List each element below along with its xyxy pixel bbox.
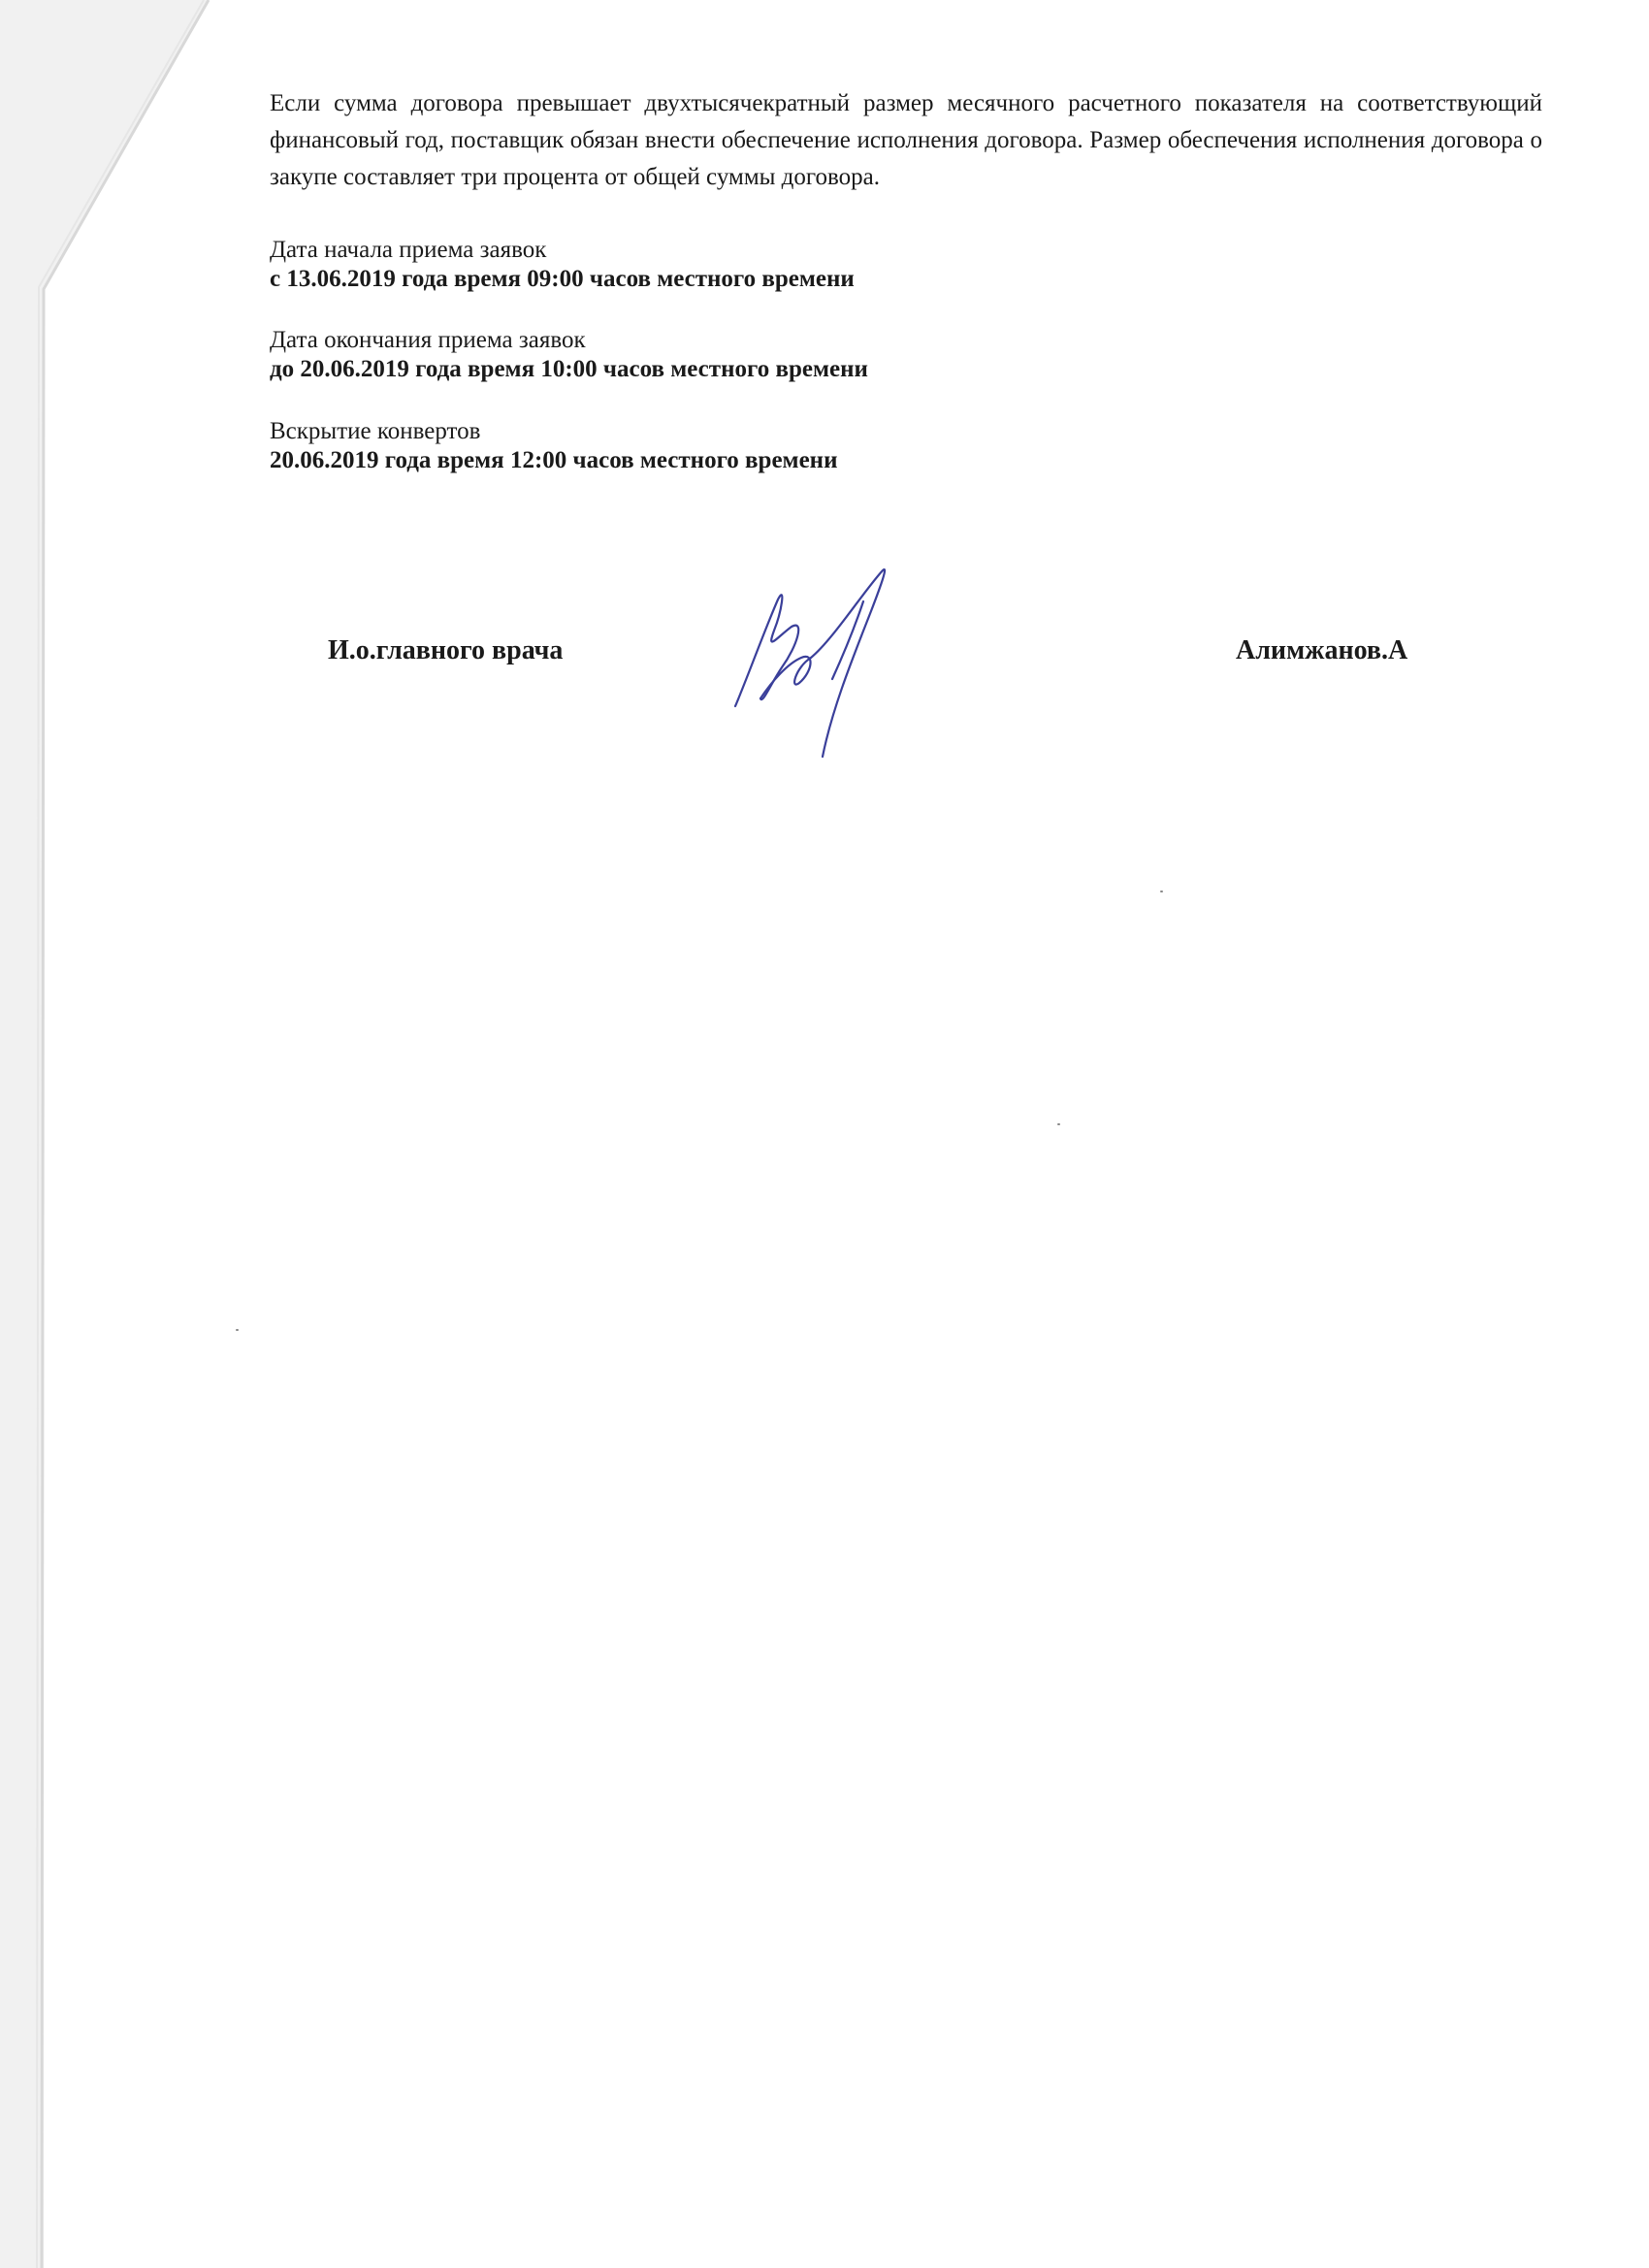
scan-speck: [236, 1329, 239, 1331]
envelope-opening-label: Вскрытие конвертов: [270, 417, 838, 446]
application-start-section: Дата начала приема заявок с 13.06.2019 г…: [270, 236, 855, 294]
signatory-name: Алимжанов.А: [1236, 635, 1407, 666]
document-page: Если сумма договора превышает двухтысяче…: [0, 0, 1649, 2268]
scan-speck: [1057, 1123, 1060, 1125]
envelope-opening-value: 20.06.2019 года время 12:00 часов местно…: [270, 446, 838, 475]
application-end-label: Дата окончания приема заявок: [270, 326, 868, 355]
application-end-value: до 20.06.2019 года время 10:00 часов мес…: [270, 355, 868, 384]
application-start-label: Дата начала приема заявок: [270, 236, 855, 265]
scan-speck: [1160, 891, 1163, 892]
application-start-value: с 13.06.2019 года время 09:00 часов мест…: [270, 265, 855, 294]
signatory-title: И.о.главного врача: [328, 635, 563, 666]
envelope-opening-section: Вскрытие конвертов 20.06.2019 года время…: [270, 417, 838, 475]
security-paragraph: Если сумма договора превышает двухтысяче…: [270, 85, 1542, 196]
application-end-section: Дата окончания приема заявок до 20.06.20…: [270, 326, 868, 384]
handwritten-signature-icon: [718, 563, 931, 766]
